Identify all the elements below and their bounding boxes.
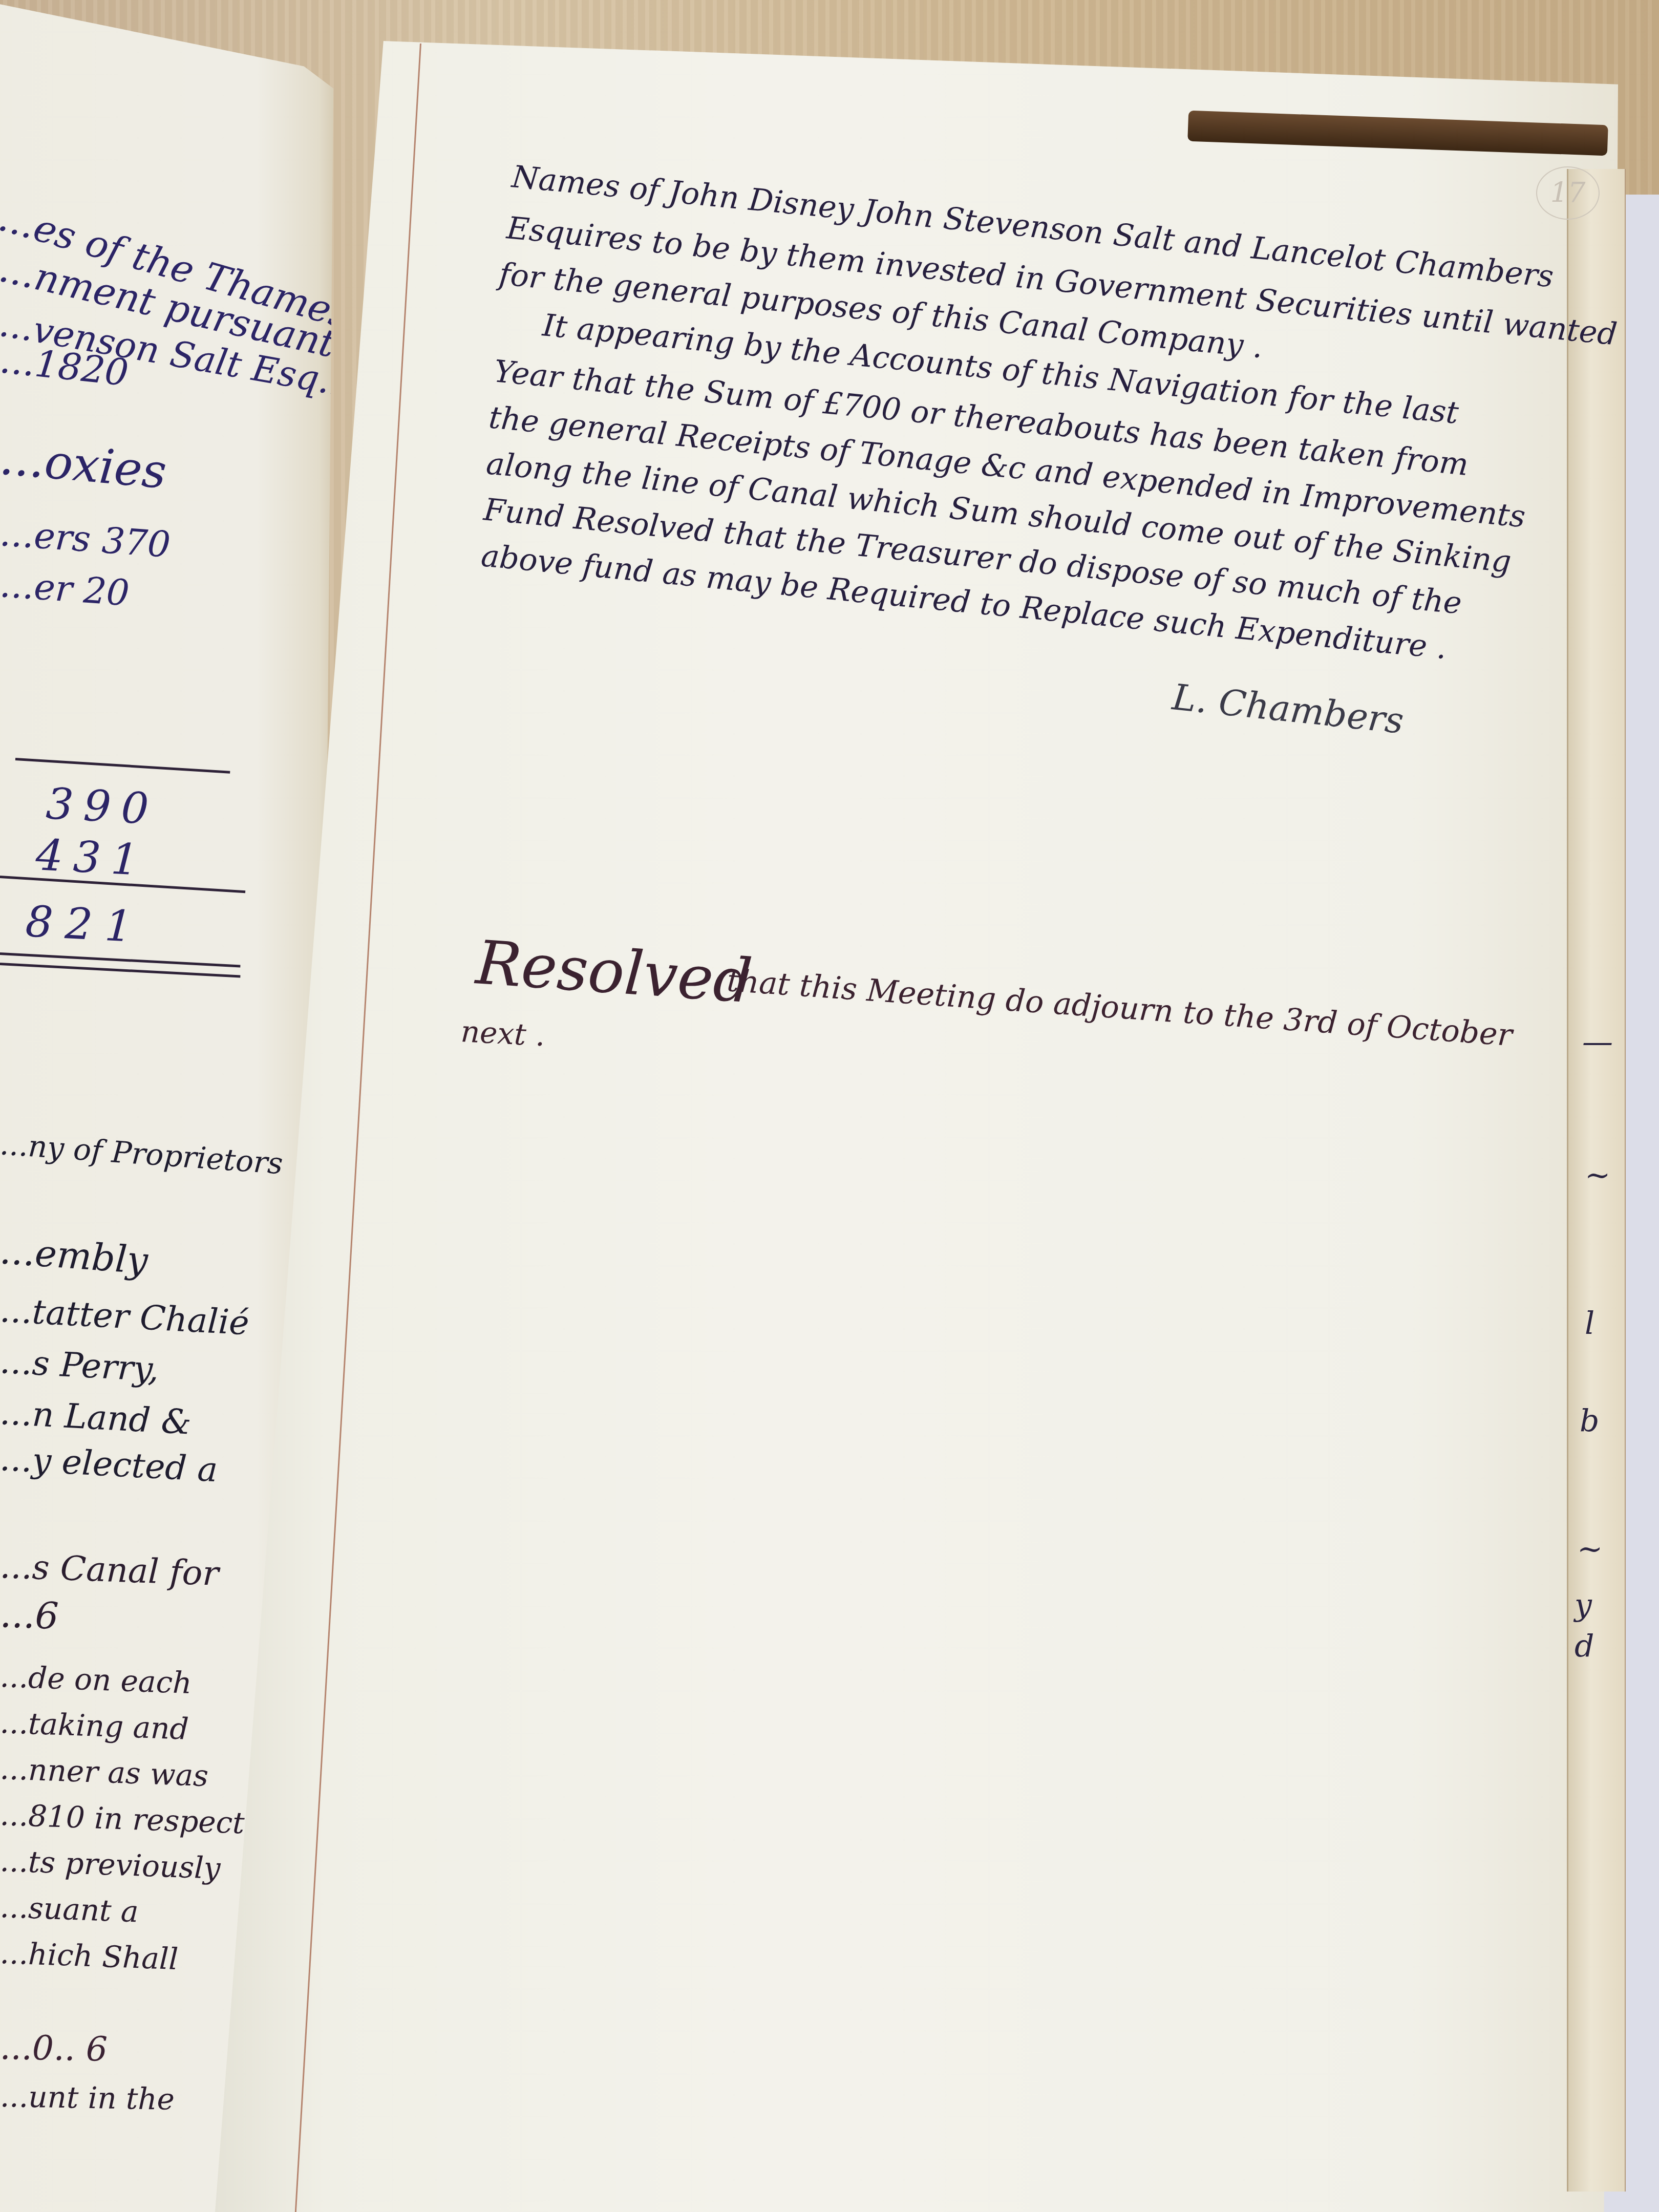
left-line: ...nner as was xyxy=(0,1751,209,1793)
left-line: ...n Land & xyxy=(0,1393,193,1442)
left-line: ...s Perry, xyxy=(0,1342,160,1389)
edge-mark: ~ xyxy=(1585,1157,1610,1193)
sum-addend: 390 xyxy=(45,778,160,834)
left-line: ...0.. 6 xyxy=(0,2028,108,2069)
edge-mark: b xyxy=(1580,1403,1599,1439)
left-line: ...tatter Chalié xyxy=(0,1290,250,1343)
page-number: 17 xyxy=(1536,166,1600,220)
left-line: ...y elected a xyxy=(0,1439,219,1490)
left-line: ...embly xyxy=(0,1229,150,1282)
left-line-votes: ...er 20 xyxy=(0,563,131,614)
manuscript-line: next . xyxy=(460,1014,546,1053)
edge-mark: l xyxy=(1585,1306,1594,1342)
left-line: ...de on each xyxy=(0,1659,193,1700)
edge-mark: d xyxy=(1575,1628,1594,1664)
left-line: ...6 xyxy=(0,1592,59,1637)
sum-total: 821 xyxy=(24,896,145,952)
edge-mark: y xyxy=(1575,1587,1592,1623)
edge-mark: — xyxy=(1582,1024,1613,1060)
edge-mark: ~ xyxy=(1577,1531,1603,1567)
left-line: ...hich Shall xyxy=(0,1936,179,1976)
left-line: ...suant a xyxy=(0,1889,139,1929)
left-heading-proxies: ...oxies xyxy=(0,430,169,499)
left-line: ...ny of Proprietors xyxy=(0,1126,284,1181)
left-line: ...ts previously xyxy=(0,1843,221,1886)
sum-rule xyxy=(15,758,230,774)
left-line-votes: ...ers 370 xyxy=(0,512,172,566)
sum-addend: 431 xyxy=(34,829,150,885)
left-line: ...s Canal for xyxy=(0,1546,219,1593)
left-line: ...810 in respect xyxy=(0,1797,245,1841)
left-line: ...unt in the xyxy=(0,2079,175,2117)
left-line: ...taking and xyxy=(0,1705,189,1747)
